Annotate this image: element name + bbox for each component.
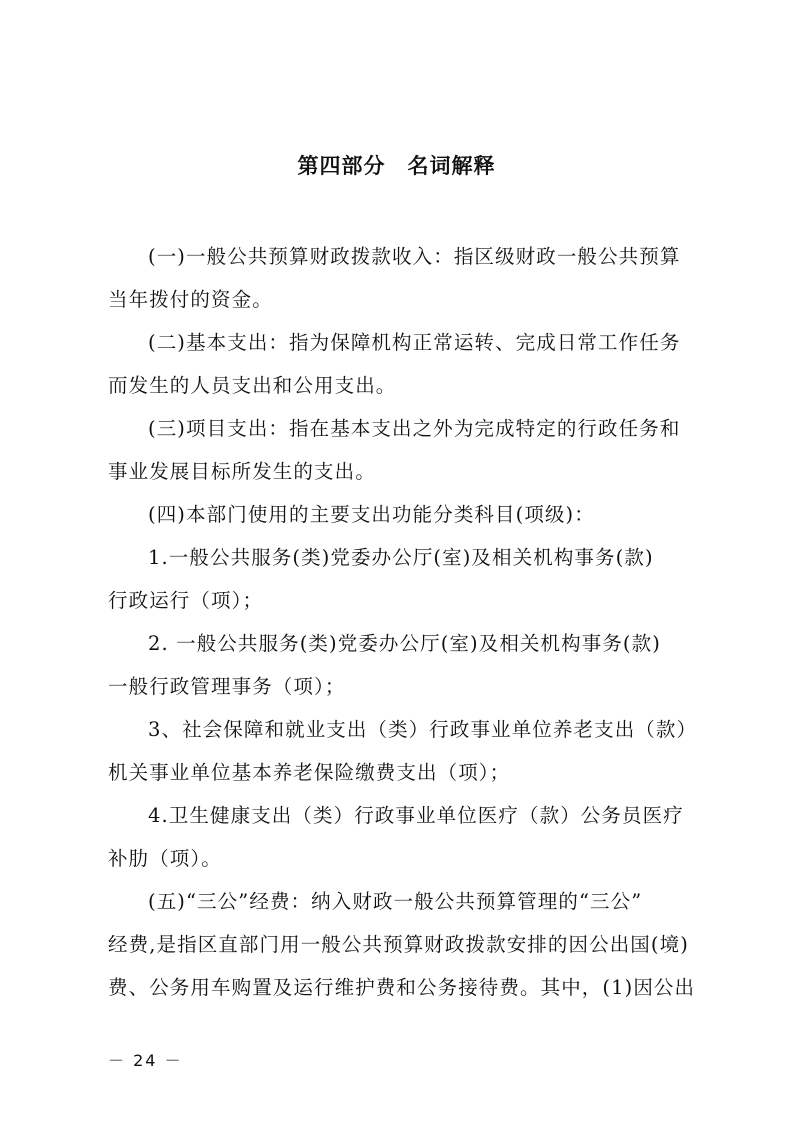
paragraph-line: 一般行政管理事务（项）； (108, 665, 700, 708)
paragraph-line: 机关事业单位基本养老保险缴费支出（项）； (108, 751, 700, 794)
body-text: (一)一般公共预算财政拨款收入：指区级财政一般公共预算 当年拨付的资金。 (二)… (108, 235, 700, 1009)
page-title: 第四部分名词解释 (0, 150, 793, 180)
paragraph-line: 补肋（项）。 (108, 837, 700, 880)
paragraph-line: (五)“三公”经费：纳入财政一般公共预算管理的“三公” (108, 880, 700, 923)
paragraph-line: 而发生的人员支出和公用支出。 (108, 364, 700, 407)
paragraph-line: 当年拨付的资金。 (108, 278, 700, 321)
paragraph-line: 费、公务用车购置及运行维护费和公务接待费。其中，(1)因公出 (108, 966, 700, 1009)
page-number: － 24 － (108, 1048, 183, 1071)
paragraph-line: 事业发展目标所发生的支出。 (108, 450, 700, 493)
paragraph-line: 4.卫生健康支出（类）行政事业单位医疗（款）公务员医疗 (108, 794, 700, 837)
paragraph-line: (四)本部门使用的主要支出功能分类科目(项级)： (108, 493, 700, 536)
section-part-label: 第四部分 (298, 154, 386, 178)
paragraph-line: (三)项目支出：指在基本支出之外为完成特定的行政任务和 (108, 407, 700, 450)
paragraph-line: (一)一般公共预算财政拨款收入：指区级财政一般公共预算 (108, 235, 700, 278)
section-title: 名词解释 (408, 154, 496, 178)
paragraph-line: 行政运行（项）； (108, 579, 700, 622)
paragraph-line: (二)基本支出：指为保障机构正常运转、完成日常工作任务 (108, 321, 700, 364)
paragraph-line: 1.一般公共服务(类)党委办公厅(室)及相关机构事务(款) (108, 536, 700, 579)
paragraph-line: 经费,是指区直部门用一般公共预算财政拨款安排的因公出国(境) (108, 923, 700, 966)
paragraph-line: 3、社会保障和就业支出（类）行政事业单位养老支出（款） (108, 708, 700, 751)
paragraph-line: 2. 一般公共服务(类)党委办公厅(室)及相关机构事务(款) (108, 622, 700, 665)
